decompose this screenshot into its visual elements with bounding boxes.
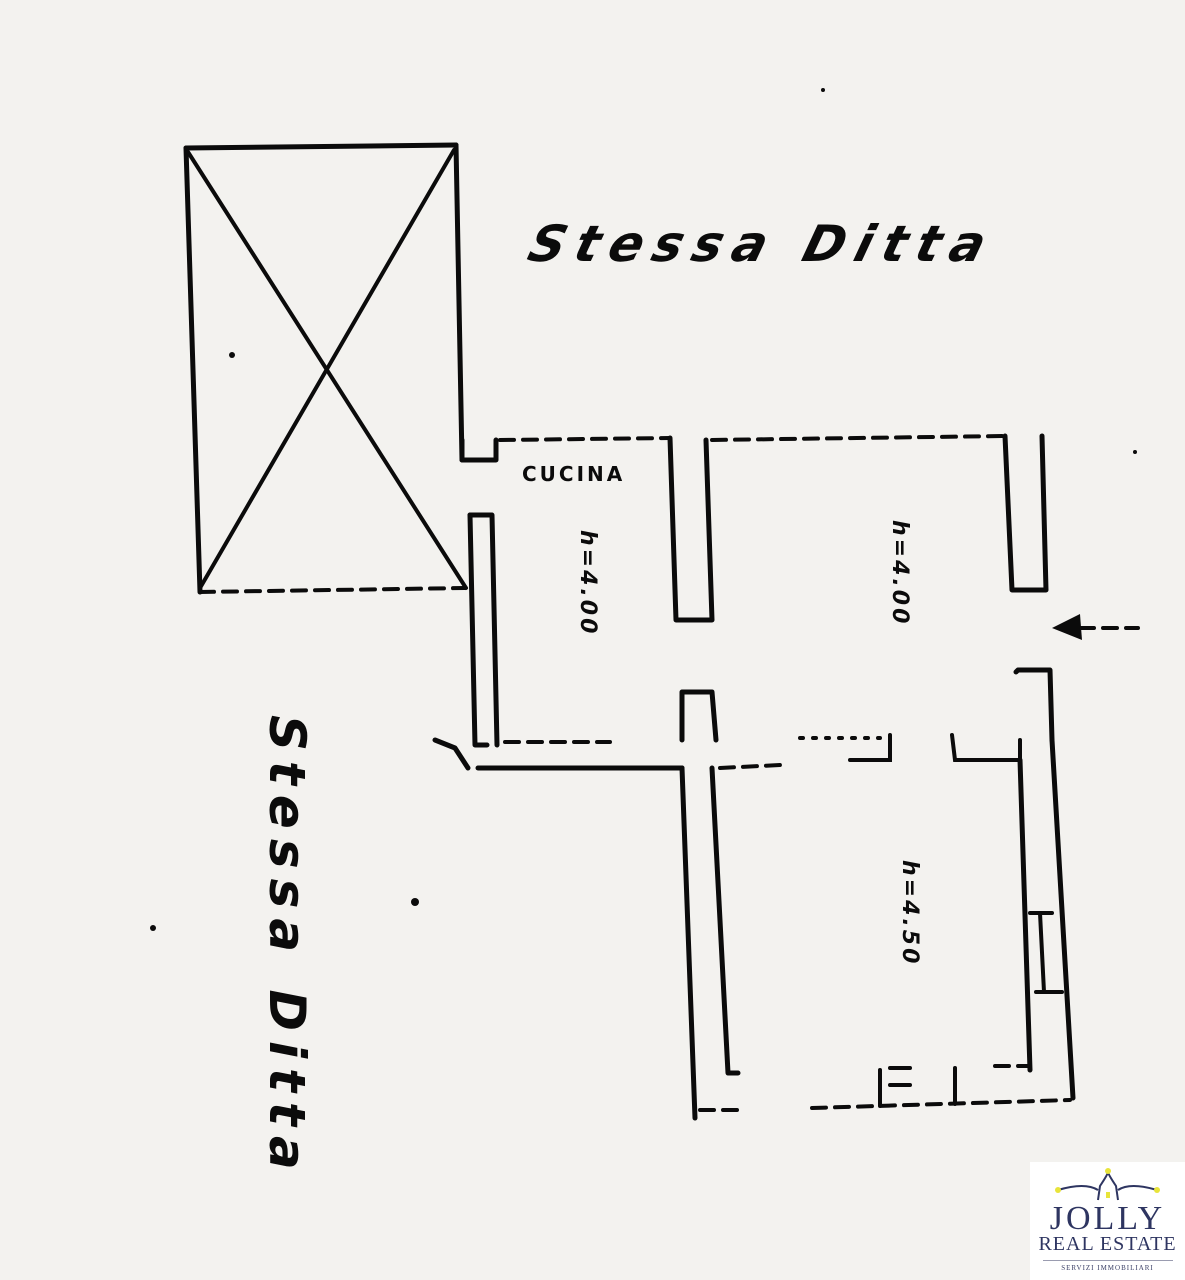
room-label-kitchen: CUCINA — [522, 462, 625, 486]
crossed-box-icon — [186, 145, 466, 592]
house-roof-icon — [1030, 1162, 1185, 1207]
window-icon — [1030, 913, 1062, 992]
logo-tagline: SERVIZI IMMOBILIARI — [1030, 1264, 1185, 1272]
logo-name: JOLLY — [1030, 1204, 1185, 1234]
entrance-arrow-icon — [1052, 614, 1138, 640]
label-top-neighbor: Stessa Ditta — [522, 215, 1002, 273]
lower-room-walls — [435, 740, 1073, 1118]
dimension-kitchen-height: h=4.00 — [575, 530, 600, 636]
middle-room-walls — [712, 436, 1052, 760]
floor-plan-drawing — [0, 0, 1185, 1280]
jolly-real-estate-logo: JOLLY REAL ESTATE SERVIZI IMMOBILIARI — [1030, 1162, 1185, 1280]
logo-line2: REAL ESTATE — [1030, 1234, 1185, 1254]
label-left-neighbor: Stessa Ditta — [258, 715, 316, 1180]
logo-divider — [1043, 1260, 1173, 1261]
dimension-lower-room-height: h=4.50 — [897, 860, 922, 966]
dimension-middle-room-height: h=4.00 — [887, 520, 912, 626]
